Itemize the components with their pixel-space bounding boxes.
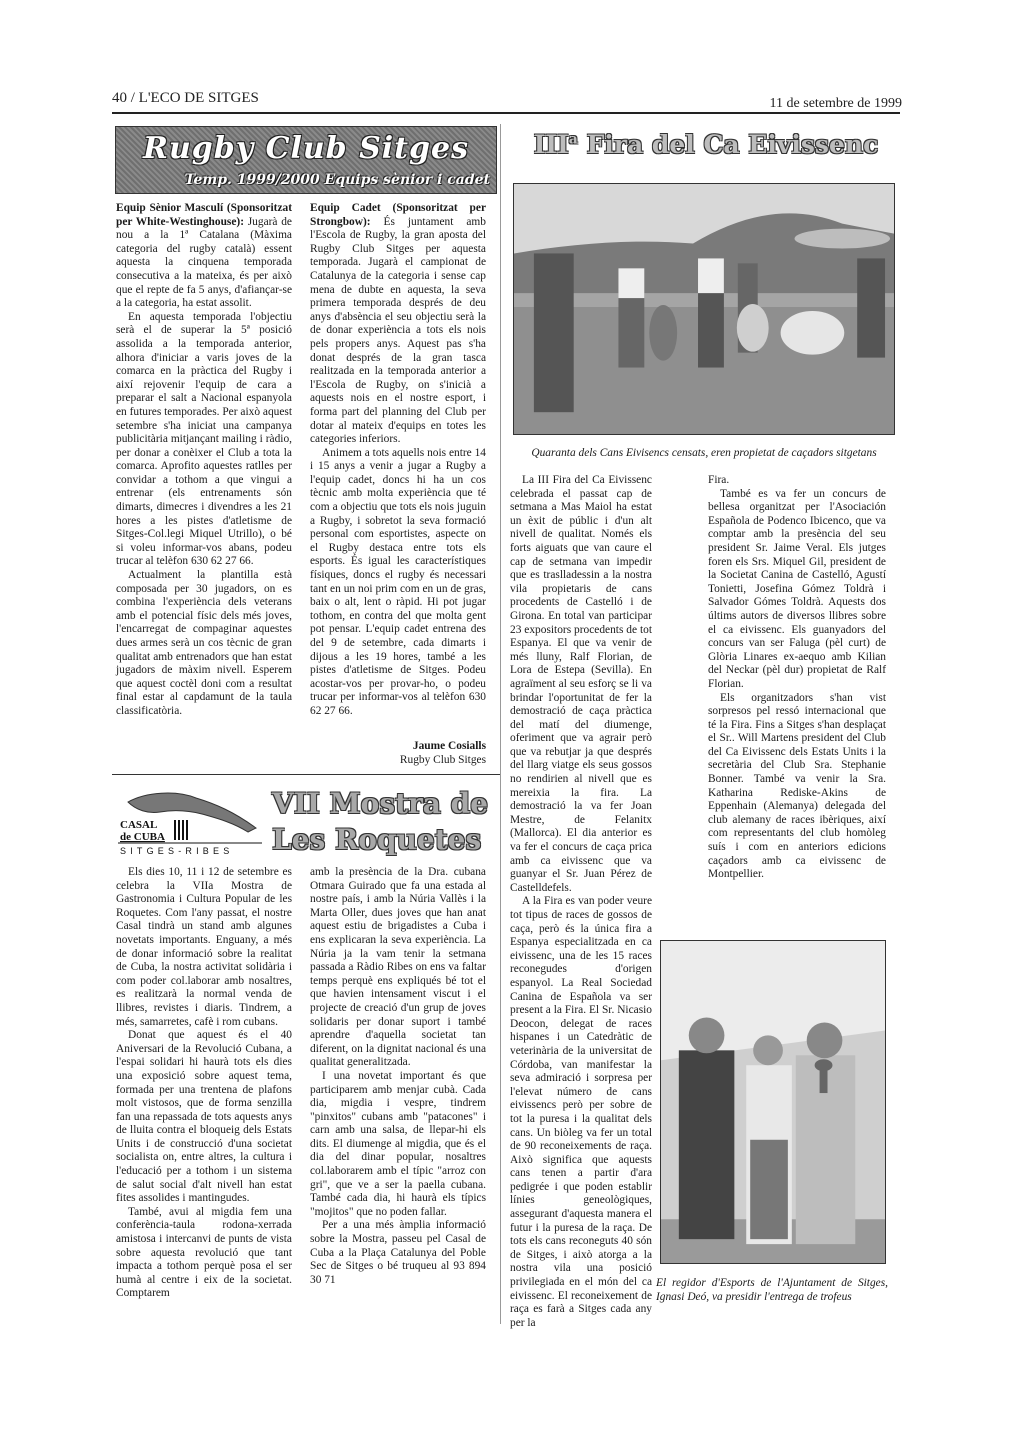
mostra-paragraph: També, avui al migdia fem una conferènci… [116, 1206, 292, 1301]
signature-name: Jaume Cosialls [310, 739, 486, 753]
rugby-cadet-paragraph: Equip Cadet (Sponsoritzat per Strongbow)… [310, 202, 486, 447]
svg-text:CASAL: CASAL [120, 819, 157, 831]
mostra-title: VII Mostra de Les Roquetes [272, 786, 500, 858]
fira-paragraph: Fira. [708, 474, 886, 488]
rugby-paragraph: Actualment la plantilla està composada p… [116, 569, 292, 719]
issue-date: 11 de setembre de 1999 [770, 96, 902, 112]
mostra-paragraph: Donat que aquest és el 40 Aniversari de … [116, 1029, 292, 1206]
mostra-column-2: amb la presència de la Dra. cubana Otmar… [310, 866, 486, 1287]
casal-de-cuba-logo: CASAL de CUBA SITGES-RIBES [116, 784, 264, 856]
mostra-paragraph: Per a una més àmplia informació sobre la… [310, 1219, 486, 1287]
column-divider [500, 124, 501, 1324]
fira-paragraph: Els organitzadors s'han vist sorpresos p… [708, 692, 886, 882]
rugby-paragraph: En aquesta temporada l'objectiu serà el … [116, 311, 292, 569]
dog-show-photo [513, 183, 895, 435]
section-divider [112, 774, 500, 775]
page-header-label: 40 / L'ECO DE SITGES [112, 90, 259, 107]
fira-paragraph: A la Fira es van poder veure tot tipus d… [510, 895, 652, 1330]
mostra-paragraph: Els dies 10, 11 i 12 de setembre es cele… [116, 866, 292, 1029]
rugby-title: Rugby Club Sitges [116, 131, 496, 166]
header-rule [112, 112, 900, 114]
rugby-senior-paragraph: Equip Sènior Masculí (Sponsoritzat per W… [116, 202, 292, 311]
rugby-banner: Rugby Club Sitges Temp. 1999/2000 Equips… [115, 126, 497, 194]
rugby-paragraph: Animem a tots aquells nois entre 14 i 15… [310, 447, 486, 719]
rugby-senior-body: Jugarà de nou a la 1ª Catalana (Màxima c… [116, 216, 292, 310]
trophy-image [661, 941, 885, 1263]
rugby-column-2: Equip Cadet (Sponsoritzat per Strongbow)… [310, 202, 486, 767]
fira-paragraph: També es va fer un concurs de bellesa or… [708, 488, 886, 692]
fira-column-2: Fira. També es va fer un concurs de bell… [708, 474, 886, 882]
fira-paragraph: La III Fira del Ca Eivissenc celebrada e… [510, 474, 652, 895]
trophy-photo [660, 940, 886, 1264]
rugby-cadet-body: És juntament amb l'Escola de Rugby, la g… [310, 216, 486, 446]
mostra-column-1: Els dies 10, 11 i 12 de setembre es cele… [116, 866, 292, 1301]
rugby-column-1: Equip Sènior Masculí (Sponsoritzat per W… [116, 202, 292, 719]
mostra-title-line-2: Les Roquetes [272, 822, 500, 858]
rugby-subtitle: Temp. 1999/2000 Equips sènior i cadet [185, 172, 490, 188]
rugby-signature: Jaume Cosialls Rugby Club Sitges [310, 739, 486, 767]
dog-show-caption: Quaranta dels Cans Eivisencs censats, er… [513, 446, 895, 460]
svg-text:SITGES-RIBES: SITGES-RIBES [120, 846, 233, 856]
svg-text:de CUBA: de CUBA [120, 831, 165, 843]
cuba-island-icon: CASAL de CUBA SITGES-RIBES [116, 784, 264, 856]
dog-show-image [514, 184, 894, 434]
signature-org: Rugby Club Sitges [310, 753, 486, 767]
fira-title: IIIa Fira del Ca Eivissenc [512, 130, 900, 159]
trophy-caption: El regidor d'Esports de l'Ajuntament de … [656, 1276, 888, 1304]
mostra-paragraph: amb la presència de la Dra. cubana Otmar… [310, 866, 486, 1070]
mostra-paragraph: I una novetat important és que participa… [310, 1070, 486, 1220]
mostra-title-line-1: VII Mostra de [272, 786, 500, 822]
fira-column-1: La III Fira del Ca Eivissenc celebrada e… [510, 474, 652, 1330]
